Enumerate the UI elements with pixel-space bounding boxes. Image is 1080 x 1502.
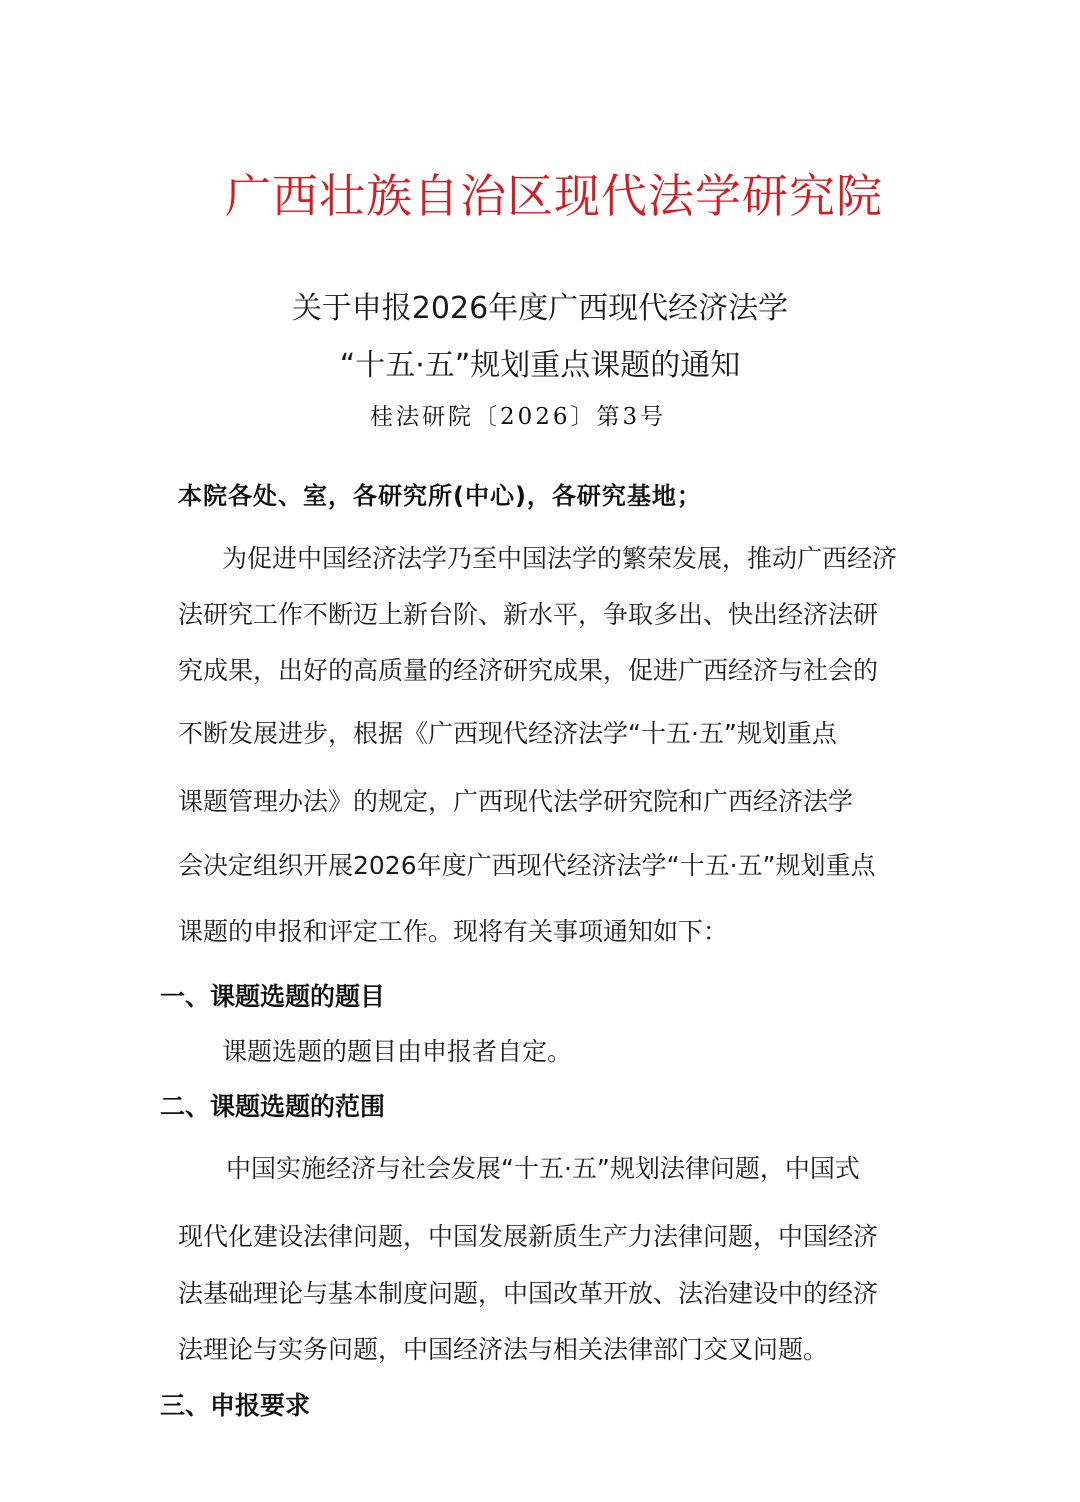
section-2-line: 法基础理论与基本制度问题，中国改革开放、法治建设中的经济 <box>178 1276 878 1312</box>
intro-line: 课题管理办法》的规定，广西现代法学研究院和广西经济法学 <box>178 784 853 820</box>
intro-line: 不断发展进步，根据《广西现代经济法学“十五·五”规划重点 <box>178 716 837 752</box>
section-2-line: 法理论与实务问题，中国经济法与相关法律部门交叉问题。 <box>178 1332 828 1368</box>
section-1-line: 课题选题的题目由申报者自定。 <box>222 1034 572 1070</box>
notice-title-line-2: “十五·五”规划重点课题的通知 <box>0 346 1080 386</box>
notice-title-line-1: 关于申报2026年度广西现代经济法学 <box>0 289 1080 329</box>
intro-line: 为促进中国经济法学乃至中国法学的繁荣发展，推动广西经济 <box>222 541 897 577</box>
addressee: 本院各处、室，各研究所(中心)，各研究基地； <box>178 478 702 514</box>
organization-title: 广西壮族自治区现代法学研究院 <box>0 166 1080 226</box>
section-2-line: 中国实施经济与社会发展“十五·五”规划法律问题，中国式 <box>226 1151 860 1187</box>
section-heading-2: 二、课题选题的范围 <box>160 1089 385 1125</box>
intro-line: 课题的申报和评定工作。现将有关事项通知如下： <box>178 914 728 950</box>
section-heading-3: 三、申报要求 <box>160 1388 310 1424</box>
intro-line: 会决定组织开展2026年度广西现代经济法学“十五·五”规划重点 <box>178 848 875 884</box>
section-heading-1: 一、课题选题的题目 <box>160 979 385 1015</box>
intro-line: 法研究工作不断迈上新台阶、新水平，争取多出、快出经济法研 <box>178 597 878 633</box>
intro-line: 究成果，出好的高质量的经济研究成果，促进广西经济与社会的 <box>178 653 878 689</box>
section-2-line: 现代化建设法律问题，中国发展新质生产力法律问题，中国经济 <box>178 1219 878 1255</box>
document-number: 桂法研院〔2026〕第3号 <box>370 400 666 434</box>
